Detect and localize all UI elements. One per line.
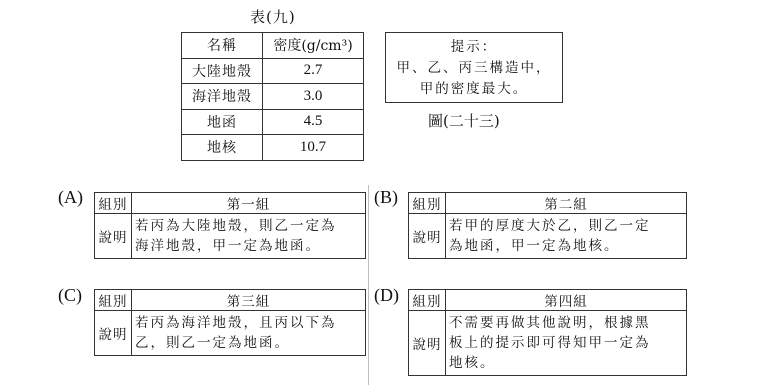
table-row: 地函 4.5: [182, 109, 364, 135]
column-divider: [368, 185, 369, 385]
option-label-b[interactable]: (B): [374, 187, 398, 208]
desc-key: 說明: [409, 214, 446, 259]
option-label-c[interactable]: (C): [58, 285, 82, 306]
layer-density: 2.7: [263, 58, 364, 84]
table-row: 大陸地殼 2.7: [182, 58, 364, 84]
group-value: 第二組: [446, 193, 687, 214]
desc-line: 為地函，甲一定為地核。: [449, 236, 683, 256]
layer-name: 地核: [182, 135, 263, 161]
desc-line: 海洋地殼，甲一定為地函。: [135, 236, 362, 256]
desc-key: 說明: [95, 214, 132, 259]
group-value: 第三組: [132, 290, 366, 311]
group-key: 組別: [95, 290, 132, 311]
desc-value: 若甲的厚度大於乙，則乙一定 為地函，甲一定為地核。: [446, 214, 687, 259]
desc-value: 不需要再做其他說明，根據黑 板上的提示即可得知甲一定為 地核。: [446, 311, 687, 376]
desc-key: 說明: [95, 311, 132, 356]
desc-line: 若丙為大陸地殼，則乙一定為: [135, 216, 362, 236]
desc-line: 地核。: [449, 353, 683, 373]
layer-density: 3.0: [263, 84, 364, 110]
table-row: 地核 10.7: [182, 135, 364, 161]
desc-line: 板上的提示即可得知甲一定為: [449, 333, 683, 353]
header-density: 密度(g/cm³): [263, 33, 364, 59]
hint-line: 甲的密度最大。: [386, 79, 562, 100]
desc-value: 若丙為海洋地殼，且丙以下為 乙，則乙一定為地函。: [132, 311, 366, 356]
layer-name: 大陸地殼: [182, 58, 263, 84]
hint-line: 提示：: [386, 37, 562, 58]
table-header-row: 名稱 密度(g/cm³): [182, 33, 364, 59]
figure-caption: 圖(二十三): [428, 110, 500, 131]
desc-line: 若甲的厚度大於乙，則乙一定: [449, 216, 683, 236]
density-table: 名稱 密度(g/cm³) 大陸地殼 2.7 海洋地殼 3.0 地函 4.5 地核…: [181, 32, 364, 161]
layer-name: 地函: [182, 109, 263, 135]
option-c-table: 組別 第三組 說明 若丙為海洋地殼，且丙以下為 乙，則乙一定為地函。: [94, 289, 366, 356]
layer-density: 10.7: [263, 135, 364, 161]
table-row: 海洋地殼 3.0: [182, 84, 364, 110]
desc-key: 說明: [409, 311, 446, 376]
desc-line: 若丙為海洋地殼，且丙以下為: [135, 313, 362, 333]
layer-density: 4.5: [263, 109, 364, 135]
hint-box: 提示： 甲、乙、丙三構造中， 甲的密度最大。: [385, 32, 563, 103]
option-d-table: 組別 第四組 說明 不需要再做其他說明，根據黑 板上的提示即可得知甲一定為 地核…: [408, 289, 687, 376]
group-value: 第四組: [446, 290, 687, 311]
group-key: 組別: [95, 193, 132, 214]
desc-line: 不需要再做其他說明，根據黑: [449, 313, 683, 333]
option-b-table: 組別 第二組 說明 若甲的厚度大於乙，則乙一定 為地函，甲一定為地核。: [408, 192, 687, 259]
desc-value: 若丙為大陸地殼，則乙一定為 海洋地殼，甲一定為地函。: [132, 214, 366, 259]
group-key: 組別: [409, 193, 446, 214]
option-label-a[interactable]: (A): [58, 187, 83, 208]
hint-line: 甲、乙、丙三構造中，: [386, 58, 562, 79]
option-a-table: 組別 第一組 說明 若丙為大陸地殼，則乙一定為 海洋地殼，甲一定為地函。: [94, 192, 366, 259]
header-name: 名稱: [182, 33, 263, 59]
option-label-d[interactable]: (D): [374, 285, 399, 306]
group-value: 第一組: [132, 193, 366, 214]
layer-name: 海洋地殼: [182, 84, 263, 110]
desc-line: 乙，則乙一定為地函。: [135, 333, 362, 353]
group-key: 組別: [409, 290, 446, 311]
table-title: 表(九): [250, 6, 296, 27]
